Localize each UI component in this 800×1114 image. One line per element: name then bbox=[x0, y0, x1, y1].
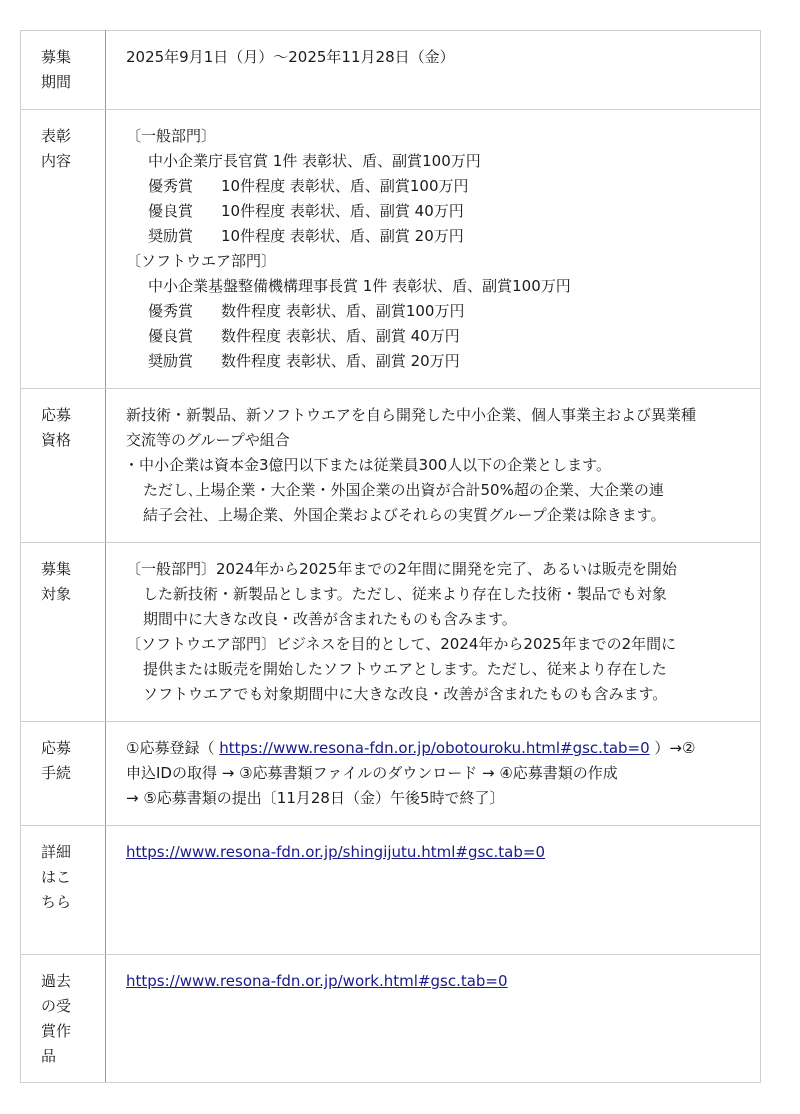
award-prize: 表彰状、盾、副賞100万円 bbox=[290, 177, 469, 195]
award-name: 優秀賞 bbox=[148, 302, 193, 320]
award-prize: 表彰状、盾、副賞 40万円 bbox=[290, 202, 464, 220]
registration-link[interactable]: https://www.resona-fdn.or.jp/obotouroku.… bbox=[219, 739, 649, 757]
award-line: 中小企業基盤整備機構理事長賞 1件 表彰状、盾、副賞100万円 bbox=[126, 274, 740, 299]
award-count: 10件程度 bbox=[221, 177, 285, 195]
award-prize: 表彰状、盾、副賞 40万円 bbox=[286, 327, 460, 345]
award-name: 奨励賞 bbox=[148, 227, 193, 245]
procedure-step1-line: ①応募登録（ https://www.resona-fdn.or.jp/obot… bbox=[126, 736, 740, 761]
table-row-procedure: 応募手続 ①応募登録（ https://www.resona-fdn.or.jp… bbox=[21, 722, 761, 826]
procedure-line-2: 申込IDの取得 → ③応募書類ファイルのダウンロード → ④応募書類の作成 bbox=[126, 761, 740, 786]
text-line: 〔ソフトウエア部門〕ビジネスを目的として、2024年から2025年までの2年間に bbox=[126, 632, 740, 657]
table-row-awards: 表彰内容 〔一般部門〕 中小企業庁長官賞 1件 表彰状、盾、副賞100万円 優秀… bbox=[21, 110, 761, 389]
text-line: ・中小企業は資本金3億円以下または従業員300人以下の企業とします。 bbox=[124, 453, 740, 478]
award-line: 中小企業庁長官賞 1件 表彰状、盾、副賞100万円 bbox=[126, 149, 740, 174]
period-content: 2025年9月1日（月）～2025年11月28日（金） bbox=[106, 31, 761, 110]
award-count: 数件程度 bbox=[221, 302, 281, 320]
past-winners-link[interactable]: https://www.resona-fdn.or.jp/work.html#g… bbox=[126, 972, 508, 990]
table-row-past-winners: 過去の受賞作品 https://www.resona-fdn.or.jp/wor… bbox=[21, 955, 761, 1083]
award-count: 1件 bbox=[363, 277, 388, 295]
row-label-cell: 募集対象 bbox=[21, 543, 106, 722]
table-row-details: 詳細はこちら https://www.resona-fdn.or.jp/shin… bbox=[21, 826, 761, 955]
text-line: 交流等のグループや組合 bbox=[126, 428, 740, 453]
row-label-cell: 応募手続 bbox=[21, 722, 106, 826]
target-content: 〔一般部門〕2024年から2025年までの2年間に開発を完了、あるいは販売を開始… bbox=[106, 543, 761, 722]
general-division-header: 〔一般部門〕 bbox=[126, 124, 740, 149]
award-line: 優秀賞数件程度 表彰状、盾、副賞100万円 bbox=[126, 299, 740, 324]
eligibility-content: 新技術・新製品、新ソフトウエアを自ら開発した中小企業、個人事業主および異業種 交… bbox=[106, 389, 761, 543]
award-prize: 表彰状、盾、副賞100万円 bbox=[392, 277, 571, 295]
row-label-cell: 過去の受賞作品 bbox=[21, 955, 106, 1083]
award-name: 奨励賞 bbox=[148, 352, 193, 370]
award-prize: 表彰状、盾、副賞100万円 bbox=[286, 302, 465, 320]
procedure-content: ①応募登録（ https://www.resona-fdn.or.jp/obot… bbox=[106, 722, 761, 826]
row-label: 詳細はこちら bbox=[41, 840, 77, 915]
row-label: 応募資格 bbox=[41, 403, 77, 453]
award-name: 優良賞 bbox=[148, 202, 193, 220]
text-line: ソフトウエアでも対象期間中に大きな改良・改善が含まれたものも含みます。 bbox=[126, 682, 740, 707]
text-line: ただし､上場企業・大企業・外国企業の出資が合計50%超の企業、大企業の連 bbox=[126, 478, 740, 503]
award-name: 中小企業庁長官賞 bbox=[148, 152, 268, 170]
row-label-cell: 応募資格 bbox=[21, 389, 106, 543]
award-line: 優秀賞10件程度 表彰状、盾、副賞100万円 bbox=[126, 174, 740, 199]
award-count: 数件程度 bbox=[221, 327, 281, 345]
award-count: 10件程度 bbox=[221, 227, 285, 245]
text-line: 新技術・新製品、新ソフトウエアを自ら開発した中小企業、個人事業主および異業種 bbox=[126, 403, 740, 428]
text-line: した新技術・新製品とします。ただし、従来より存在した技術・製品でも対象 bbox=[126, 582, 740, 607]
procedure-line-3: → ⑤応募書類の提出〔11月28日（金）午後5時で終了〕 bbox=[126, 786, 740, 811]
past-winners-content: https://www.resona-fdn.or.jp/work.html#g… bbox=[106, 955, 761, 1083]
award-prize: 表彰状、盾、副賞 20万円 bbox=[290, 227, 464, 245]
details-content: https://www.resona-fdn.or.jp/shingijutu.… bbox=[106, 826, 761, 955]
award-name: 中小企業基盤整備機構理事長賞 bbox=[148, 277, 358, 295]
software-division-header: 〔ソフトウエア部門〕 bbox=[126, 249, 740, 274]
row-label: 過去の受賞作品 bbox=[41, 969, 77, 1069]
award-line: 奨励賞数件程度 表彰状、盾、副賞 20万円 bbox=[126, 349, 740, 374]
text-line: 期間中に大きな改良・改善が含まれたものも含みます。 bbox=[126, 607, 740, 632]
award-count: 数件程度 bbox=[221, 352, 281, 370]
recruitment-info-table: 募集期間 2025年9月1日（月）～2025年11月28日（金） 表彰内容 〔一… bbox=[20, 30, 761, 1083]
award-line: 優良賞数件程度 表彰状、盾、副賞 40万円 bbox=[126, 324, 740, 349]
row-label: 募集期間 bbox=[41, 45, 77, 95]
award-line: 優良賞10件程度 表彰状、盾、副賞 40万円 bbox=[126, 199, 740, 224]
award-count: 1件 bbox=[273, 152, 298, 170]
row-label: 募集対象 bbox=[41, 557, 77, 607]
row-label: 表彰内容 bbox=[41, 124, 77, 174]
period-text: 2025年9月1日（月）～2025年11月28日（金） bbox=[126, 45, 740, 70]
text-line: 〔一般部門〕2024年から2025年までの2年間に開発を完了、あるいは販売を開始 bbox=[126, 557, 740, 582]
award-name: 優秀賞 bbox=[148, 177, 193, 195]
details-link[interactable]: https://www.resona-fdn.or.jp/shingijutu.… bbox=[126, 843, 545, 861]
row-label-cell: 募集期間 bbox=[21, 31, 106, 110]
row-label: 応募手続 bbox=[41, 736, 77, 786]
text-line: 提供または販売を開始したソフトウエアとします。ただし、従来より存在した bbox=[126, 657, 740, 682]
award-count: 10件程度 bbox=[221, 202, 285, 220]
award-line: 奨励賞10件程度 表彰状、盾、副賞 20万円 bbox=[126, 224, 740, 249]
award-name: 優良賞 bbox=[148, 327, 193, 345]
row-label-cell: 表彰内容 bbox=[21, 110, 106, 389]
table-row-period: 募集期間 2025年9月1日（月）～2025年11月28日（金） bbox=[21, 31, 761, 110]
row-label-cell: 詳細はこちら bbox=[21, 826, 106, 955]
table-row-target: 募集対象 〔一般部門〕2024年から2025年までの2年間に開発を完了、あるいは… bbox=[21, 543, 761, 722]
award-prize: 表彰状、盾、副賞 20万円 bbox=[286, 352, 460, 370]
text-line: 結子会社、上場企業、外国企業およびそれらの実質グループ企業は除きます。 bbox=[126, 503, 740, 528]
table-row-eligibility: 応募資格 新技術・新製品、新ソフトウエアを自ら開発した中小企業、個人事業主および… bbox=[21, 389, 761, 543]
step1-suffix: ）→② bbox=[650, 739, 696, 757]
award-prize: 表彰状、盾、副賞100万円 bbox=[302, 152, 481, 170]
awards-content: 〔一般部門〕 中小企業庁長官賞 1件 表彰状、盾、副賞100万円 優秀賞10件程… bbox=[106, 110, 761, 389]
step1-prefix: ①応募登録（ bbox=[126, 739, 219, 757]
